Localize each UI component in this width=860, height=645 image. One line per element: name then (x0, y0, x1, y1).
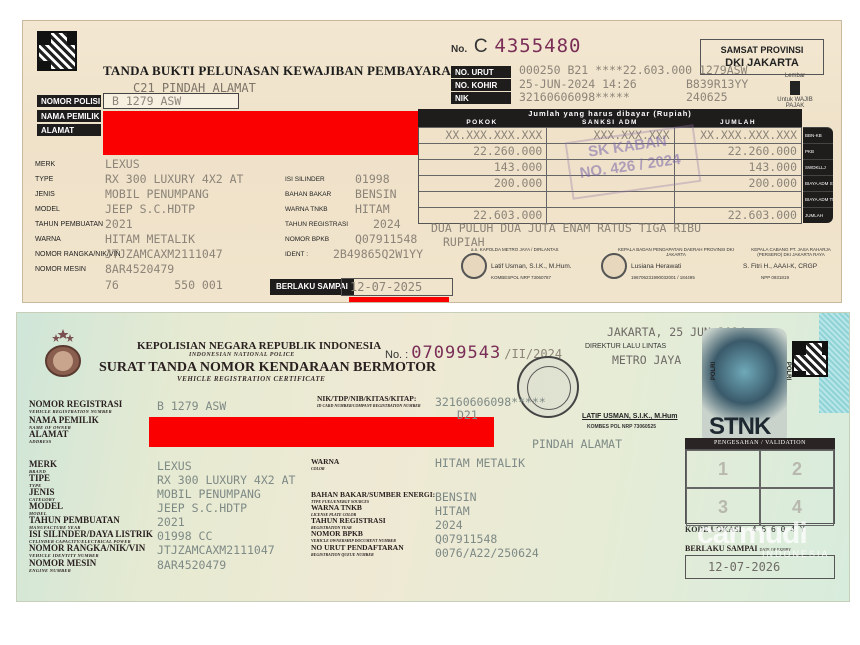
warna-value: HITAM METALIK (435, 456, 525, 470)
label-type: TYPE (35, 176, 53, 183)
polri-right-text: POLRI (785, 362, 791, 380)
nomor-mesin-value: 8AR4520479 (105, 262, 174, 276)
warna-value: HITAM METALIK (105, 232, 195, 246)
tahun-pembuatan-value: 2021 (157, 515, 185, 529)
qr-code-icon (792, 341, 828, 377)
nik-value: 32160606098***** (435, 395, 546, 409)
label-merk: MERK (35, 161, 55, 168)
agency-title-en: INDONESIAN NATIONAL POLICE (189, 352, 295, 358)
receipt-title: TANDA BUKTI PELUNASAN KEWAJIBAN PEMBAYAR… (103, 63, 461, 79)
qr-code-icon (37, 31, 77, 71)
redacted-owner-address (103, 111, 418, 155)
watermark-sub: INDONESIA (762, 549, 830, 559)
model-value: JEEP S.C.HDTP (105, 202, 195, 216)
type-value: RX 300 LUXURY 4X2 AT (105, 172, 243, 186)
director-region: METRO JAYA (612, 353, 681, 367)
label-nomor-bpkb: NOMOR BPKB (285, 236, 329, 243)
validation-header: PENGESAHAN / VALIDATION (685, 438, 835, 449)
label-warna: WARNA (35, 236, 61, 243)
label-warna: WARNACOLOR (311, 456, 339, 472)
berlaku-sampai-value: 12-07-2025 (341, 278, 453, 296)
certificate-title-en: VEHICLE REGISTRATION CERTIFICATE (177, 375, 325, 383)
label-tahun-pembuatan: TAHUN PEMBUATAN (35, 221, 103, 228)
watermark: carmudi (697, 517, 807, 551)
remark-value: PINDAH ALAMAT (532, 437, 622, 451)
label-bahan-bakar: BAHAN BAKAR (285, 191, 331, 198)
model-value: JEEP S.C.HDTP (157, 501, 247, 515)
amount-in-words: DUA PULUH DUA JUTA ENAM RATUS TIGA RIBU … (431, 221, 701, 249)
validation-grid: 1 2 3 4 (685, 449, 835, 524)
nomor-rangka-value: JTJZAMCAXM2111047 (105, 247, 223, 261)
tipe-value: RX 300 LUXURY 4X2 AT (157, 473, 295, 487)
redaction-underline (349, 297, 449, 302)
nomor-rangka-value: JTJZAMCAXM2111047 (157, 543, 275, 557)
extra-code-line: 76 550 001 (105, 278, 223, 292)
no-kohir-value: 25-JUN-2024 14:26 (519, 77, 637, 91)
nomor-polisi-value: B 1279 ASW (103, 93, 239, 109)
seal-icon (461, 253, 487, 279)
polri-left-text: POLRI (711, 362, 717, 380)
director-id: KOMBES POL NRP 73060525 (587, 424, 656, 430)
payment-columns: POKOK SANKSI ADM JUMLAH (418, 119, 802, 127)
bahan-bakar-value: BENSIN (435, 490, 477, 504)
police-emblem-icon (42, 328, 84, 378)
validation-cell: 2 (760, 450, 834, 488)
warna-tnkb-value: HITAM (435, 504, 470, 518)
no-urut-value: 000250 B21 ****22.603.000 1279ASW (519, 63, 747, 77)
tahun-registrasi-value: 2024 (373, 217, 401, 231)
label-alamat: ALAMAT (37, 124, 101, 136)
warna-tnkb-value: HITAM (355, 202, 390, 216)
label-nik: NIK (451, 92, 511, 104)
label-nomor-polisi: NOMOR POLISI (37, 95, 101, 107)
nik-line2: D21 (457, 408, 478, 422)
label-tahun-registrasi: TAHUN REGISTRASI (285, 221, 348, 228)
redacted-owner-address (149, 417, 494, 447)
nomor-registrasi-value: B 1279 ASW (157, 399, 226, 413)
label-warna-tnkb: WARNA TNKB (285, 206, 328, 213)
nik-date: 240625 (686, 90, 728, 104)
vehicle-registration-certificate: KEPOLISIAN NEGARA REPUBLIK INDONESIA IND… (16, 312, 850, 602)
nomor-bpkb-value: Q07911548 (435, 532, 497, 546)
tahun-registrasi-value: 2024 (435, 518, 463, 532)
nomor-mesin-value: 8AR4520479 (157, 558, 226, 572)
label-nomor-mesin: NOMOR MESINENGINE NUMBER (29, 558, 96, 575)
sheet-number-block (790, 81, 800, 95)
stnk-mark: STNK (709, 413, 770, 441)
receipt-serial: No. C 4355480 (451, 35, 581, 58)
jenis-value: MOBIL PENUMPANG (105, 187, 209, 201)
jenis-value: MOBIL PENUMPANG (157, 487, 261, 501)
payment-row-labels: BBN-KB PKB SWDKLLJ BIAYA ADM STNK BIAYA … (803, 127, 833, 223)
tahun-pembuatan-value: 2021 (105, 217, 133, 231)
agency-title: KEPOLISIAN NEGARA REPUBLIK INDONESIA (137, 340, 381, 352)
label-nik: NIK/TDP/NIB/KITAS/KITAP:ID CARD NUMBER/C… (317, 393, 421, 409)
kohir-code: B839R13YY (686, 77, 748, 91)
director-title: DIREKTUR LALU LINTAS (585, 343, 666, 350)
label-nomor-registrasi: NOMOR REGISTRASIVEHICLE REGISTRATION NUM… (29, 399, 122, 416)
tax-payment-receipt: TANDA BUKTI PELUNASAN KEWAJIBAN PEMBAYAR… (22, 20, 842, 303)
nik-value: 32160606098***** (519, 90, 630, 104)
label-model: MODEL (35, 206, 60, 213)
director-name: LATIF USMAN, S.I.K., M.Hum (582, 413, 678, 420)
merk-value: LEXUS (157, 459, 192, 473)
no-urut-value: 0076/A22/250624 (435, 546, 539, 560)
ident-value: 2B49865Q2W1YY (333, 247, 423, 261)
nomor-bpkb-value: Q07911548 (355, 232, 417, 246)
validation-cell: 1 (686, 450, 760, 488)
label-no-urut: NO URUT PENDAFTARANREGISTRATION QUEUE NU… (311, 542, 404, 558)
label-nama-pemilik: NAMA PEMILIK (37, 110, 101, 122)
label-ident: IDENT : (285, 251, 308, 258)
lembar-marker: Lembar Untuk WAJIB PAJAK (775, 73, 815, 109)
label-alamat: ALAMATADDRESS (29, 429, 68, 446)
label-jenis: JENIS (35, 191, 55, 198)
payment-header: Jumlah yang harus dibayar (Rupiah) (418, 109, 802, 119)
label-nomor-mesin: NOMOR MESIN (35, 266, 86, 273)
isi-silinder-value: 01998 CC (157, 529, 212, 543)
isi-silinder-value: 01998 (355, 172, 390, 186)
label-isi-silinder: ISI SILINDER (285, 176, 325, 183)
bahan-bakar-value: BENSIN (355, 187, 397, 201)
label-no-kohir: NO. KOHIR (451, 79, 511, 91)
label-no-urut: NO. URUT (451, 66, 511, 78)
merk-value: LEXUS (105, 157, 140, 171)
